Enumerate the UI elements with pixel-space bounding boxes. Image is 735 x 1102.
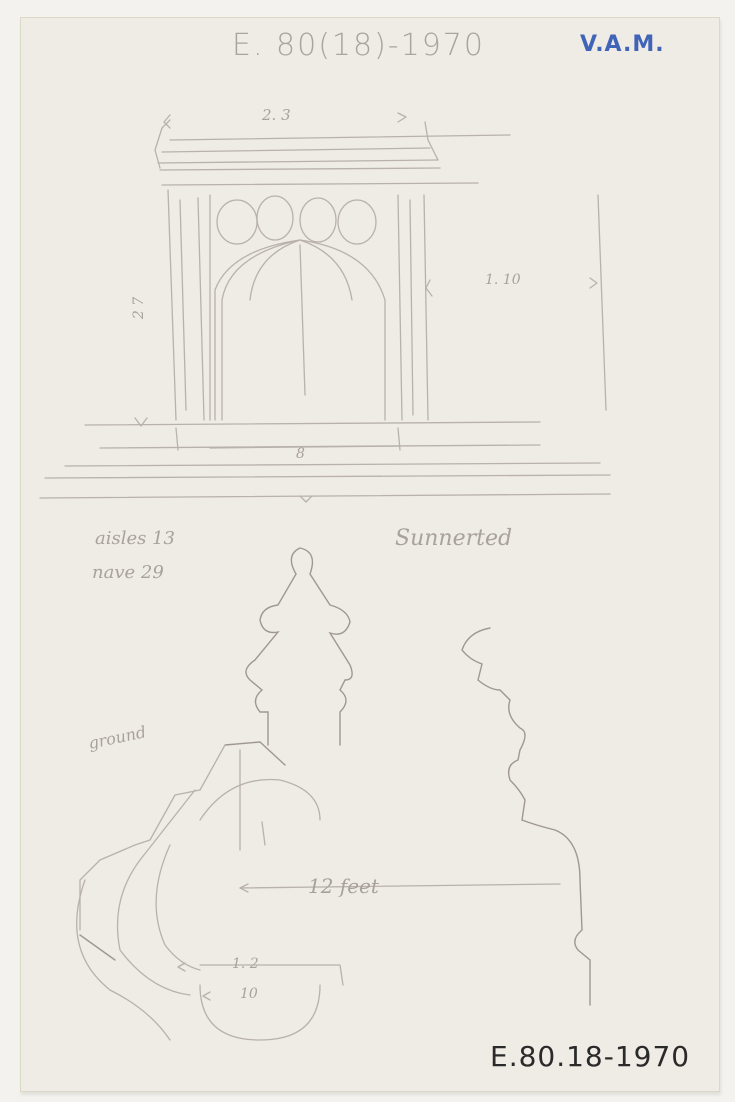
annotation-nave: nave 29 [92, 562, 164, 583]
reference-number-bottom: E.80.18-1970 [490, 1040, 690, 1073]
annotation-top-width: 2. 3 [262, 106, 291, 124]
reference-number-top: E. 80(18)-1970 [232, 28, 485, 63]
elevation-drawing [40, 113, 610, 502]
annotation-left-height: 2 7 [131, 297, 147, 319]
molding-profile [462, 628, 590, 1005]
annotation-plan-bottom: 10 [240, 986, 258, 1002]
annotation-plan-feet: 12 feet [308, 874, 379, 898]
annotation-aisles: aisles 13 [95, 528, 175, 549]
pencil-sketch [0, 0, 735, 1102]
annotation-plan-inner: 1. 2 [232, 956, 259, 972]
museum-stamp: V.A.M. [580, 32, 665, 57]
annotation-bottom-mark: 8 [296, 446, 305, 462]
finial-profile [246, 548, 352, 745]
annotation-right-width: 1. 10 [485, 272, 521, 288]
annotation-label-right: Sunnerted [395, 526, 512, 551]
